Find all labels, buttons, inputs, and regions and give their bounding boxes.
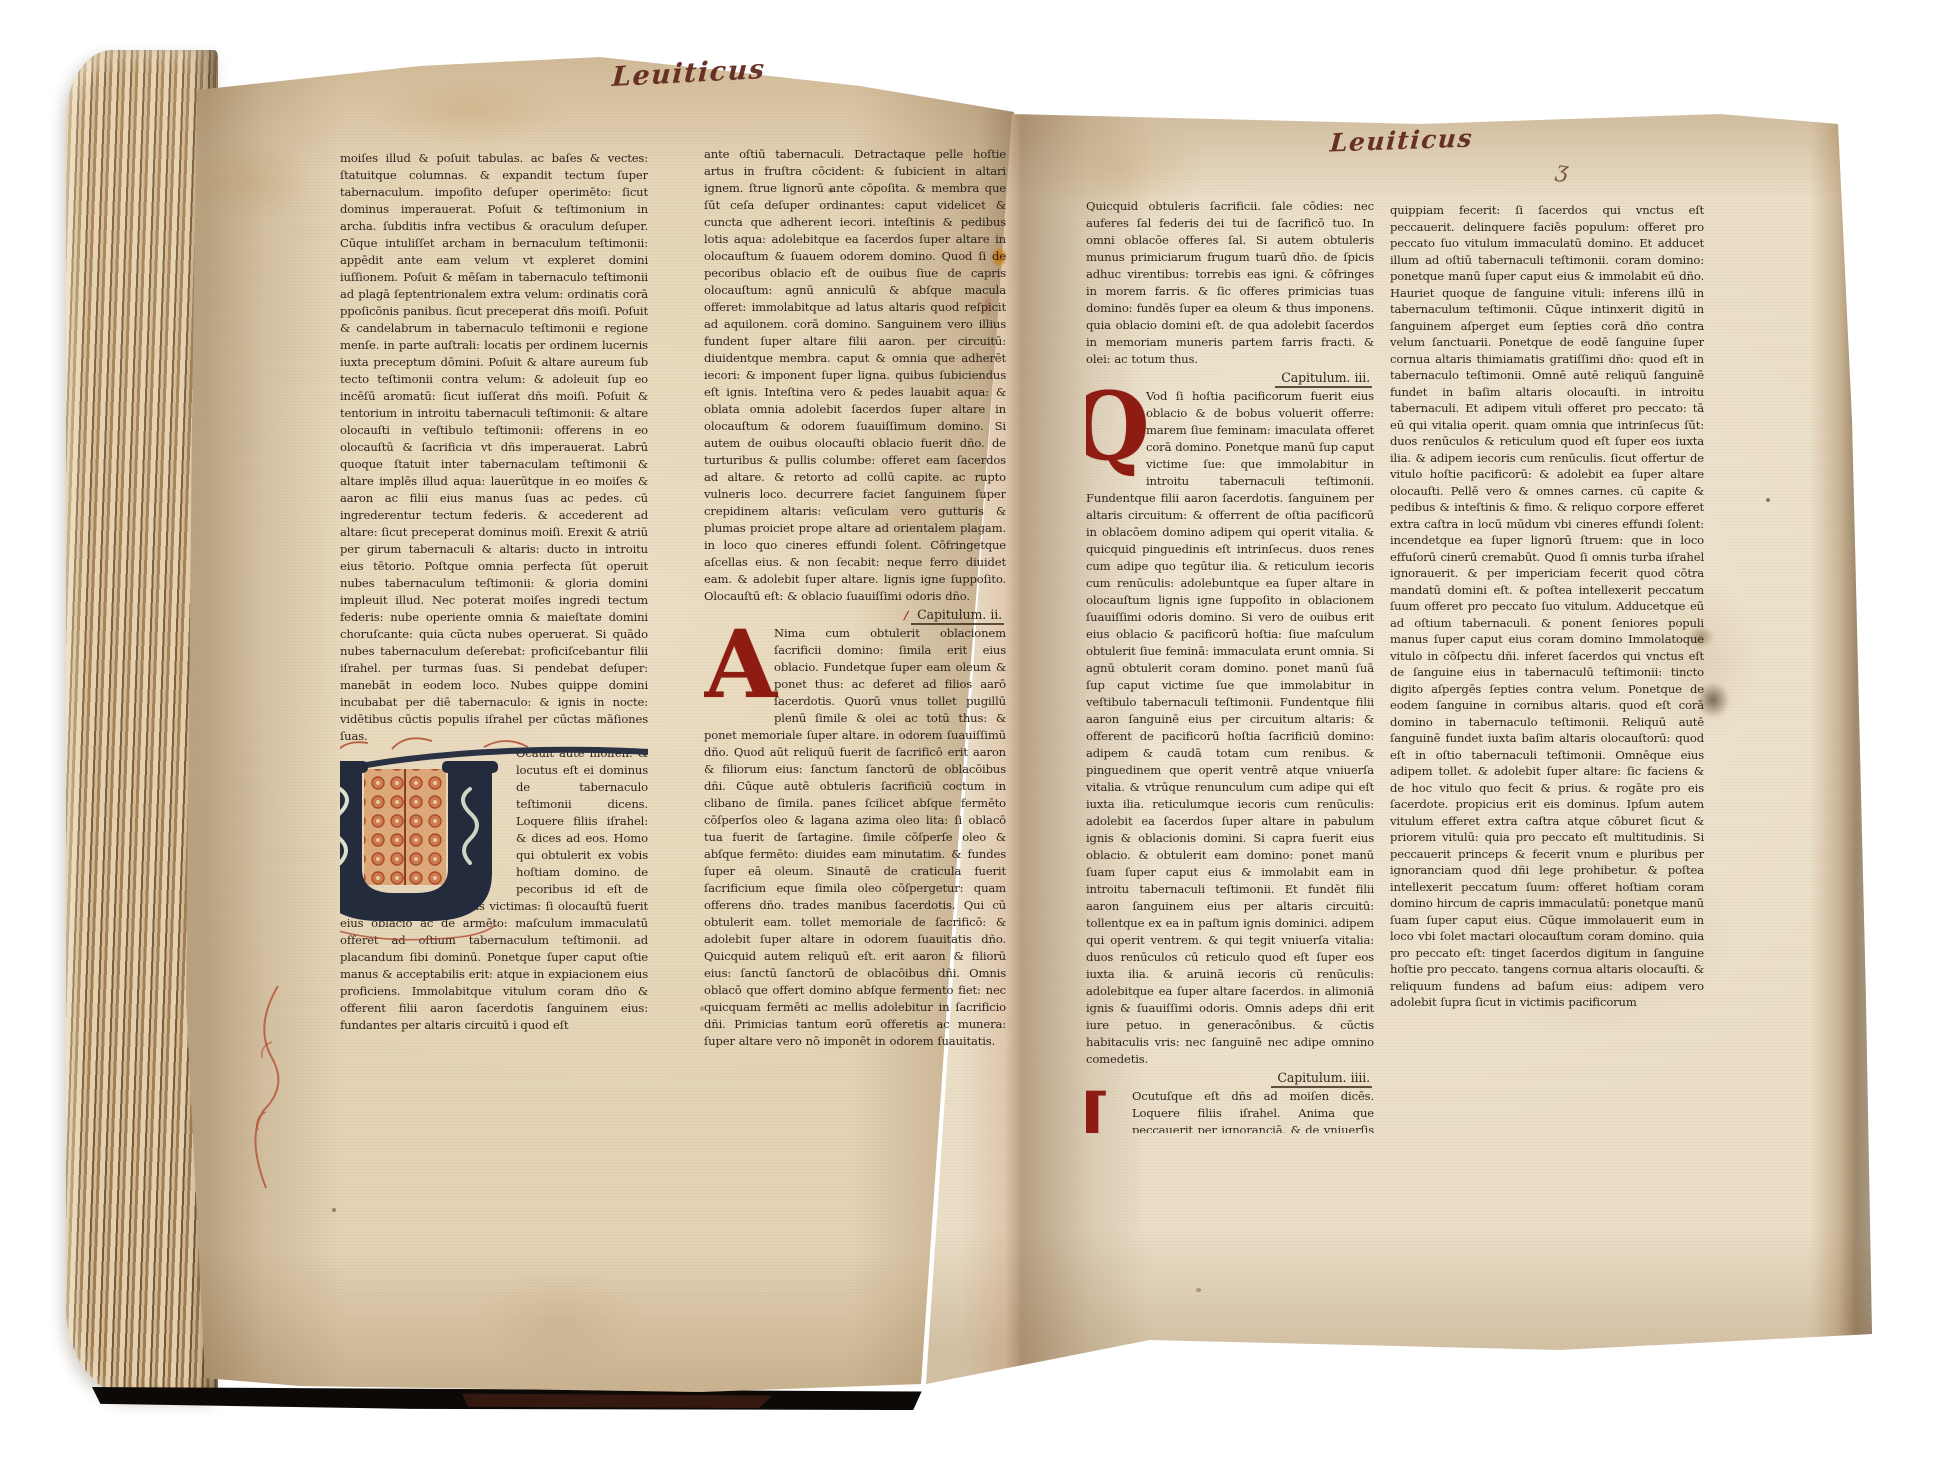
right-column-1: Quicquid obtuleris ſacrificii. ſale cōdi… [1086,198,1374,1133]
leviticus-4-continuation: quippiam fecerit: ſi ſacerdos qui vnctus… [1390,202,1704,1011]
leviticus-2-paragraph: ANima cum obtulerit oblacionem ſacrifici… [704,625,1006,1050]
left-column-1: moiſes illud & poſuit tabulas. ac baſes … [340,150,648,1153]
illuminated-initial-U [340,747,508,885]
lombardic-initial-Q: Q [1086,390,1140,476]
running-title-right: Leuiticus [1329,123,1474,157]
rubric-paragraph-mark: / [904,608,908,622]
right-column-2: quippiam fecerit: ſi ſacerdos qui vnctus… [1390,202,1704,1143]
lombardic-initial-L: L [1086,1090,1126,1133]
leviticus-3-paragraph: QVod ſi hoſtia pacificorum fuerit eius o… [1086,388,1374,1068]
open-incunable-book-photo: Leuiticus Leuiticus ʒ moiſes illud & poſ… [0,0,1946,1458]
leviticus-4-opening: LOcutuſque eſt dñs ad moiſen dicēs. Loqu… [1086,1088,1374,1133]
leviticus-1-continuation: ante oſtiū tabernaculi. Detractaque pell… [704,146,1006,605]
leviticus-1-opening: Ocauit autē moiſen: & locutus eſt ei dom… [340,745,648,1034]
leviticus-2-end-paragraph: Quicquid obtuleris ſacrificii. ſale cōdi… [1086,198,1374,368]
left-column-2: ante oſtiū tabernaculi. Detractaque pell… [704,146,1006,1151]
lombardic-initial-A: A [704,627,768,712]
exodus-40-paragraph: moiſes illud & poſuit tabulas. ac baſes … [340,150,648,745]
chapter-4-heading: Capitulum. iiii. [1086,1069,1372,1087]
